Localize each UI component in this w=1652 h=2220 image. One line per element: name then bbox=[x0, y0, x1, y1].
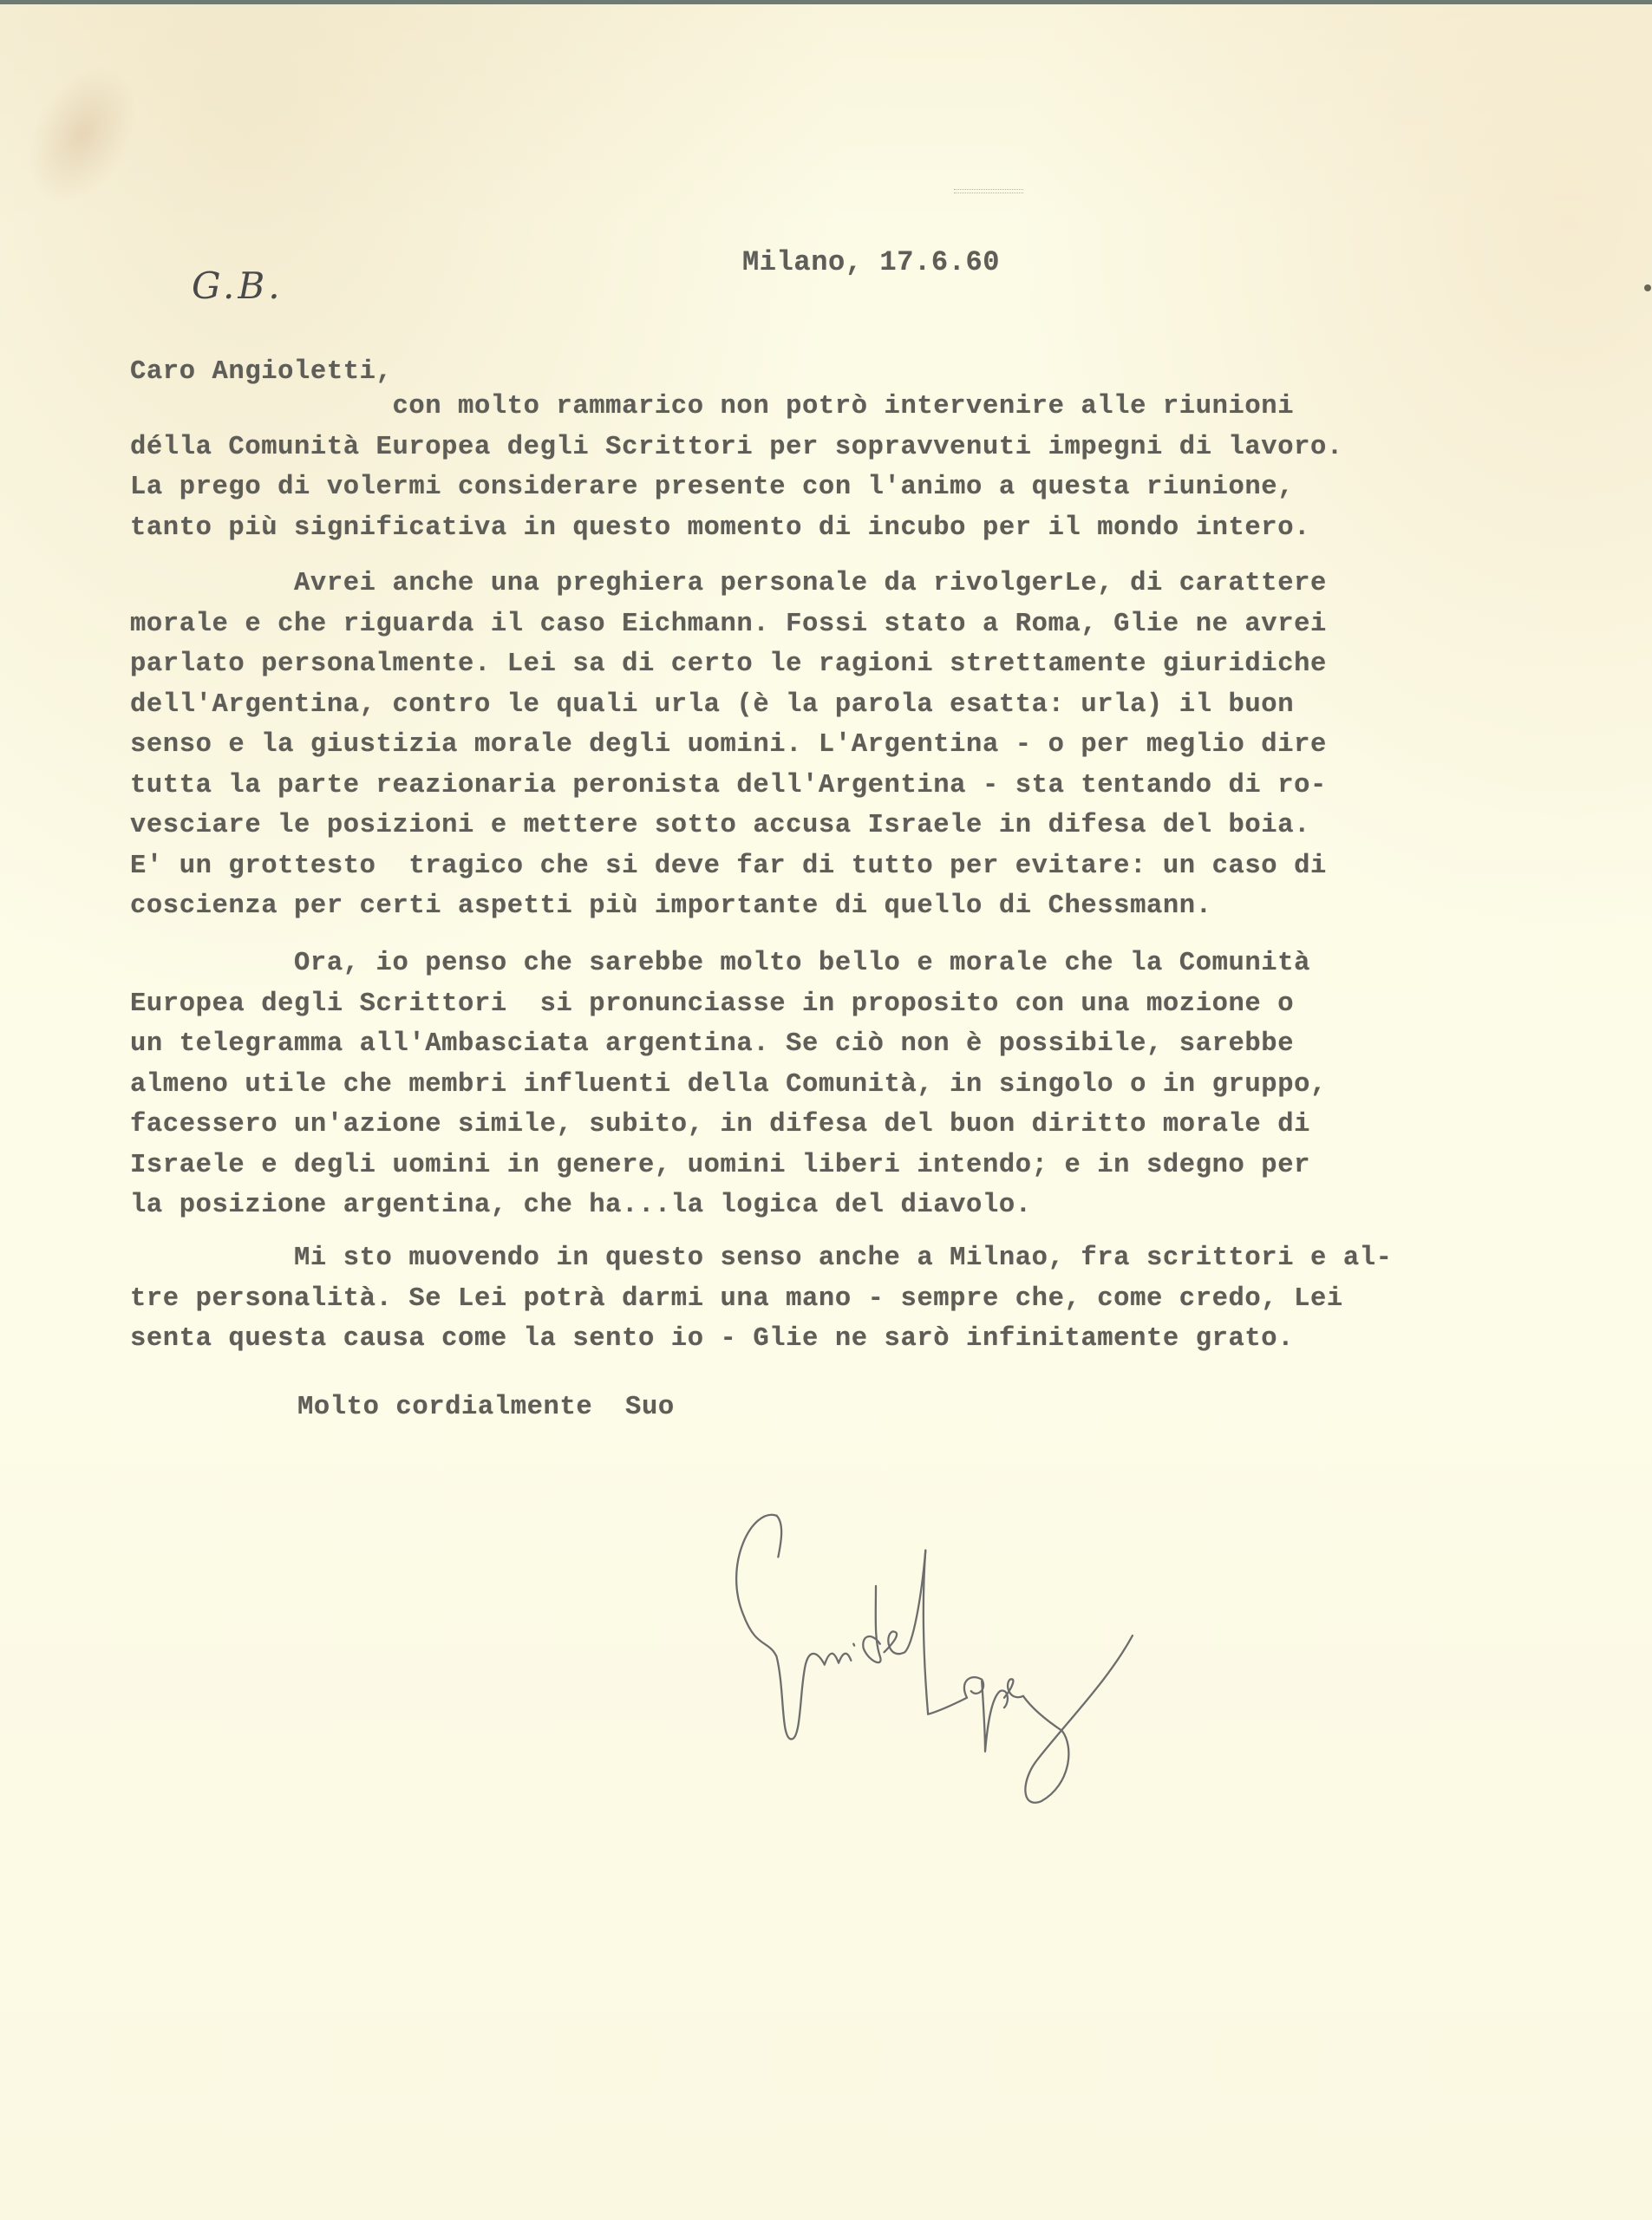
text-line: tanto più significativa in questo moment… bbox=[130, 508, 1343, 549]
text-line: tutta la parte reazionaria peronista del… bbox=[130, 766, 1327, 806]
paragraph-3: Ora, io penso che sarebbe molto bello e … bbox=[130, 943, 1327, 1226]
text-line: senta questa causa come la sento io - Gl… bbox=[130, 1319, 1393, 1360]
paragraph-1: con molto rammarico non potrò intervenir… bbox=[130, 387, 1343, 548]
place-date: Milano, 17.6.60 bbox=[742, 243, 1000, 283]
paper-speck bbox=[1644, 284, 1651, 291]
text-line: Mi sto muovendo in questo senso anche a … bbox=[130, 1238, 1393, 1279]
text-line: Ora, io penso che sarebbe molto bello e … bbox=[130, 943, 1327, 984]
handwritten-annotation: G.B. bbox=[192, 264, 284, 307]
letter-page: Milano, 17.6.60 G.B. Caro Angioletti, co… bbox=[0, 0, 1652, 2220]
text-line: Europea degli Scrittori si pronunciasse … bbox=[130, 984, 1327, 1025]
text-line: Avrei anche una preghiera personale da r… bbox=[130, 564, 1327, 604]
text-line: vesciare le posizioni e mettere sotto ac… bbox=[130, 806, 1327, 846]
text-line: facessero un'azione simile, subito, in d… bbox=[130, 1105, 1327, 1146]
text-line: La prego di volermi considerare presente… bbox=[130, 467, 1343, 508]
paragraph-2: Avrei anche una preghiera personale da r… bbox=[130, 564, 1327, 927]
handwritten-signature bbox=[711, 1474, 1405, 1838]
text-line: con molto rammarico non potrò intervenir… bbox=[130, 387, 1343, 428]
text-line: un telegramma all'Ambasciata argentina. … bbox=[130, 1024, 1327, 1065]
paper-stain bbox=[6, 47, 160, 222]
text-line: la posizione argentina, che ha...la logi… bbox=[130, 1185, 1327, 1226]
text-line: almeno utile che membri influenti della … bbox=[130, 1065, 1327, 1106]
paragraph-4: Mi sto muovendo in questo senso anche a … bbox=[130, 1238, 1393, 1360]
text-line: dell'Argentina, contro le quali urla (è … bbox=[130, 685, 1327, 726]
text-line: délla Comunità Europea degli Scrittori p… bbox=[130, 428, 1343, 468]
faint-typed-mark bbox=[954, 189, 1023, 193]
text-line: tre personalità. Se Lei potrà darmi una … bbox=[130, 1279, 1393, 1320]
closing: Molto cordialmente Suo bbox=[297, 1387, 675, 1427]
text-line: Israele e degli uomini in genere, uomini… bbox=[130, 1146, 1327, 1186]
text-line: morale e che riguarda il caso Eichmann. … bbox=[130, 604, 1327, 645]
text-line: E' un grottesto tragico che si deve far … bbox=[130, 846, 1327, 887]
text-line: coscienza per certi aspetti più importan… bbox=[130, 886, 1327, 927]
text-line: parlato personalmente. Lei sa di certo l… bbox=[130, 644, 1327, 685]
scan-top-edge bbox=[0, 0, 1652, 4]
text-line: senso e la giustizia morale degli uomini… bbox=[130, 725, 1327, 766]
